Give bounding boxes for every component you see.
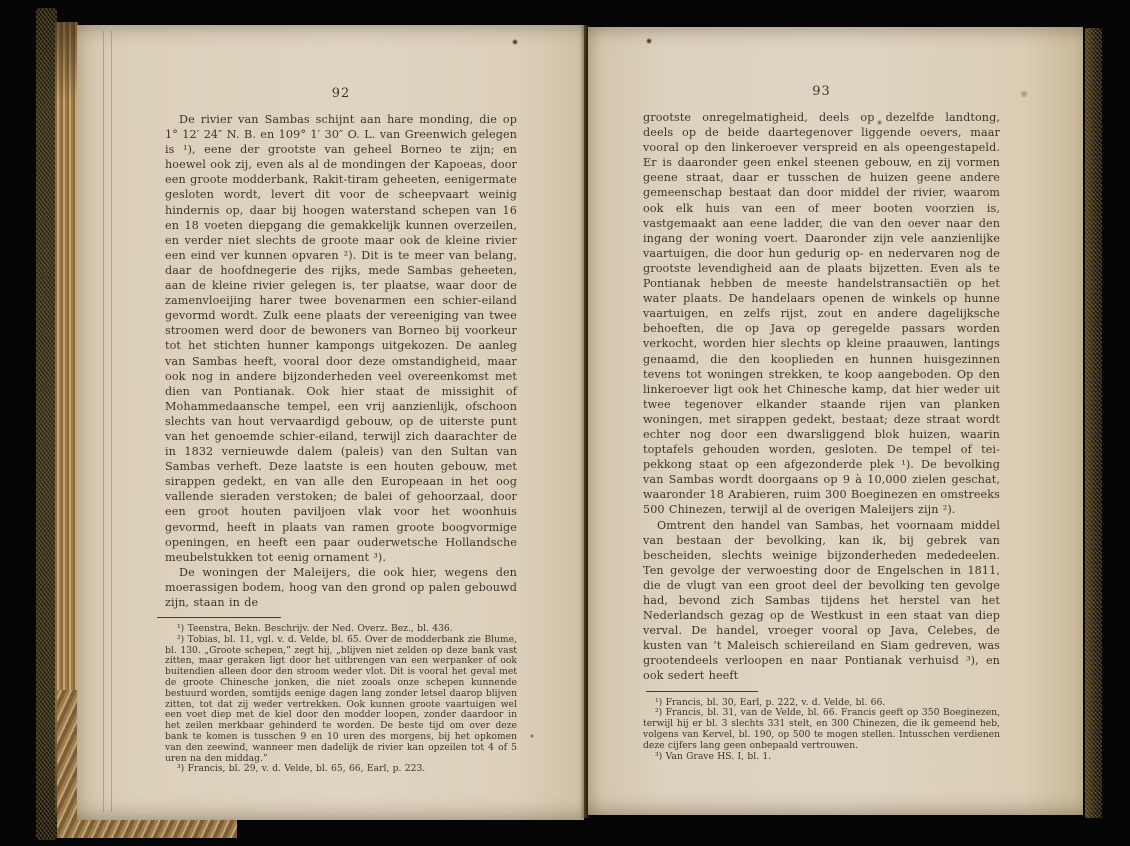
- footnote: ²) Francis, bl. 31, van de Velde, bl. 66…: [643, 708, 1000, 751]
- back-cover-edge: [1085, 28, 1102, 818]
- right-page-content: 93 grootste onregelmatigheid, deels op d…: [643, 83, 1000, 762]
- foxing-spot: [877, 120, 882, 125]
- page-curl-line: [111, 31, 112, 812]
- body-paragraph: De woningen der Maleijers, die ook hier,…: [165, 565, 517, 610]
- page-number: 92: [165, 85, 517, 102]
- page-number: 93: [643, 83, 1000, 100]
- body-paragraph: De rivier van Sambas schijnt aan hare mo…: [165, 112, 517, 565]
- book-spine-binding: [36, 8, 57, 840]
- left-page: 92 De rivier van Sambas schijnt aan hare…: [77, 25, 584, 820]
- footnote: ²) Tobias, bl. 11, vgl. v. d. Velde, bl.…: [165, 635, 517, 765]
- right-page: 93 grootste onregelmatigheid, deels op d…: [588, 27, 1083, 815]
- footnote-rule: [157, 617, 281, 618]
- body-paragraph: grootste onregelmatigheid, deels op deze…: [643, 110, 1000, 518]
- page-curl-line: [103, 31, 104, 812]
- body-paragraph: Omtrent den handel van Sambas, het voorn…: [643, 518, 1000, 684]
- book-scan-background: 92 De rivier van Sambas schijnt aan hare…: [0, 0, 1130, 846]
- footnote-rule: [646, 691, 758, 692]
- foxing-spot: [512, 39, 518, 45]
- left-page-content: 92 De rivier van Sambas schijnt aan hare…: [165, 85, 517, 775]
- foxing-spot: [1020, 90, 1028, 98]
- footnote: ³) Francis, bl. 29, v. d. Velde, bl. 65,…: [165, 764, 517, 775]
- foxing-spot: [530, 734, 534, 738]
- foxing-spot: [646, 38, 652, 44]
- footnote: ³) Van Grave HS. I, bl. 1.: [643, 752, 1000, 763]
